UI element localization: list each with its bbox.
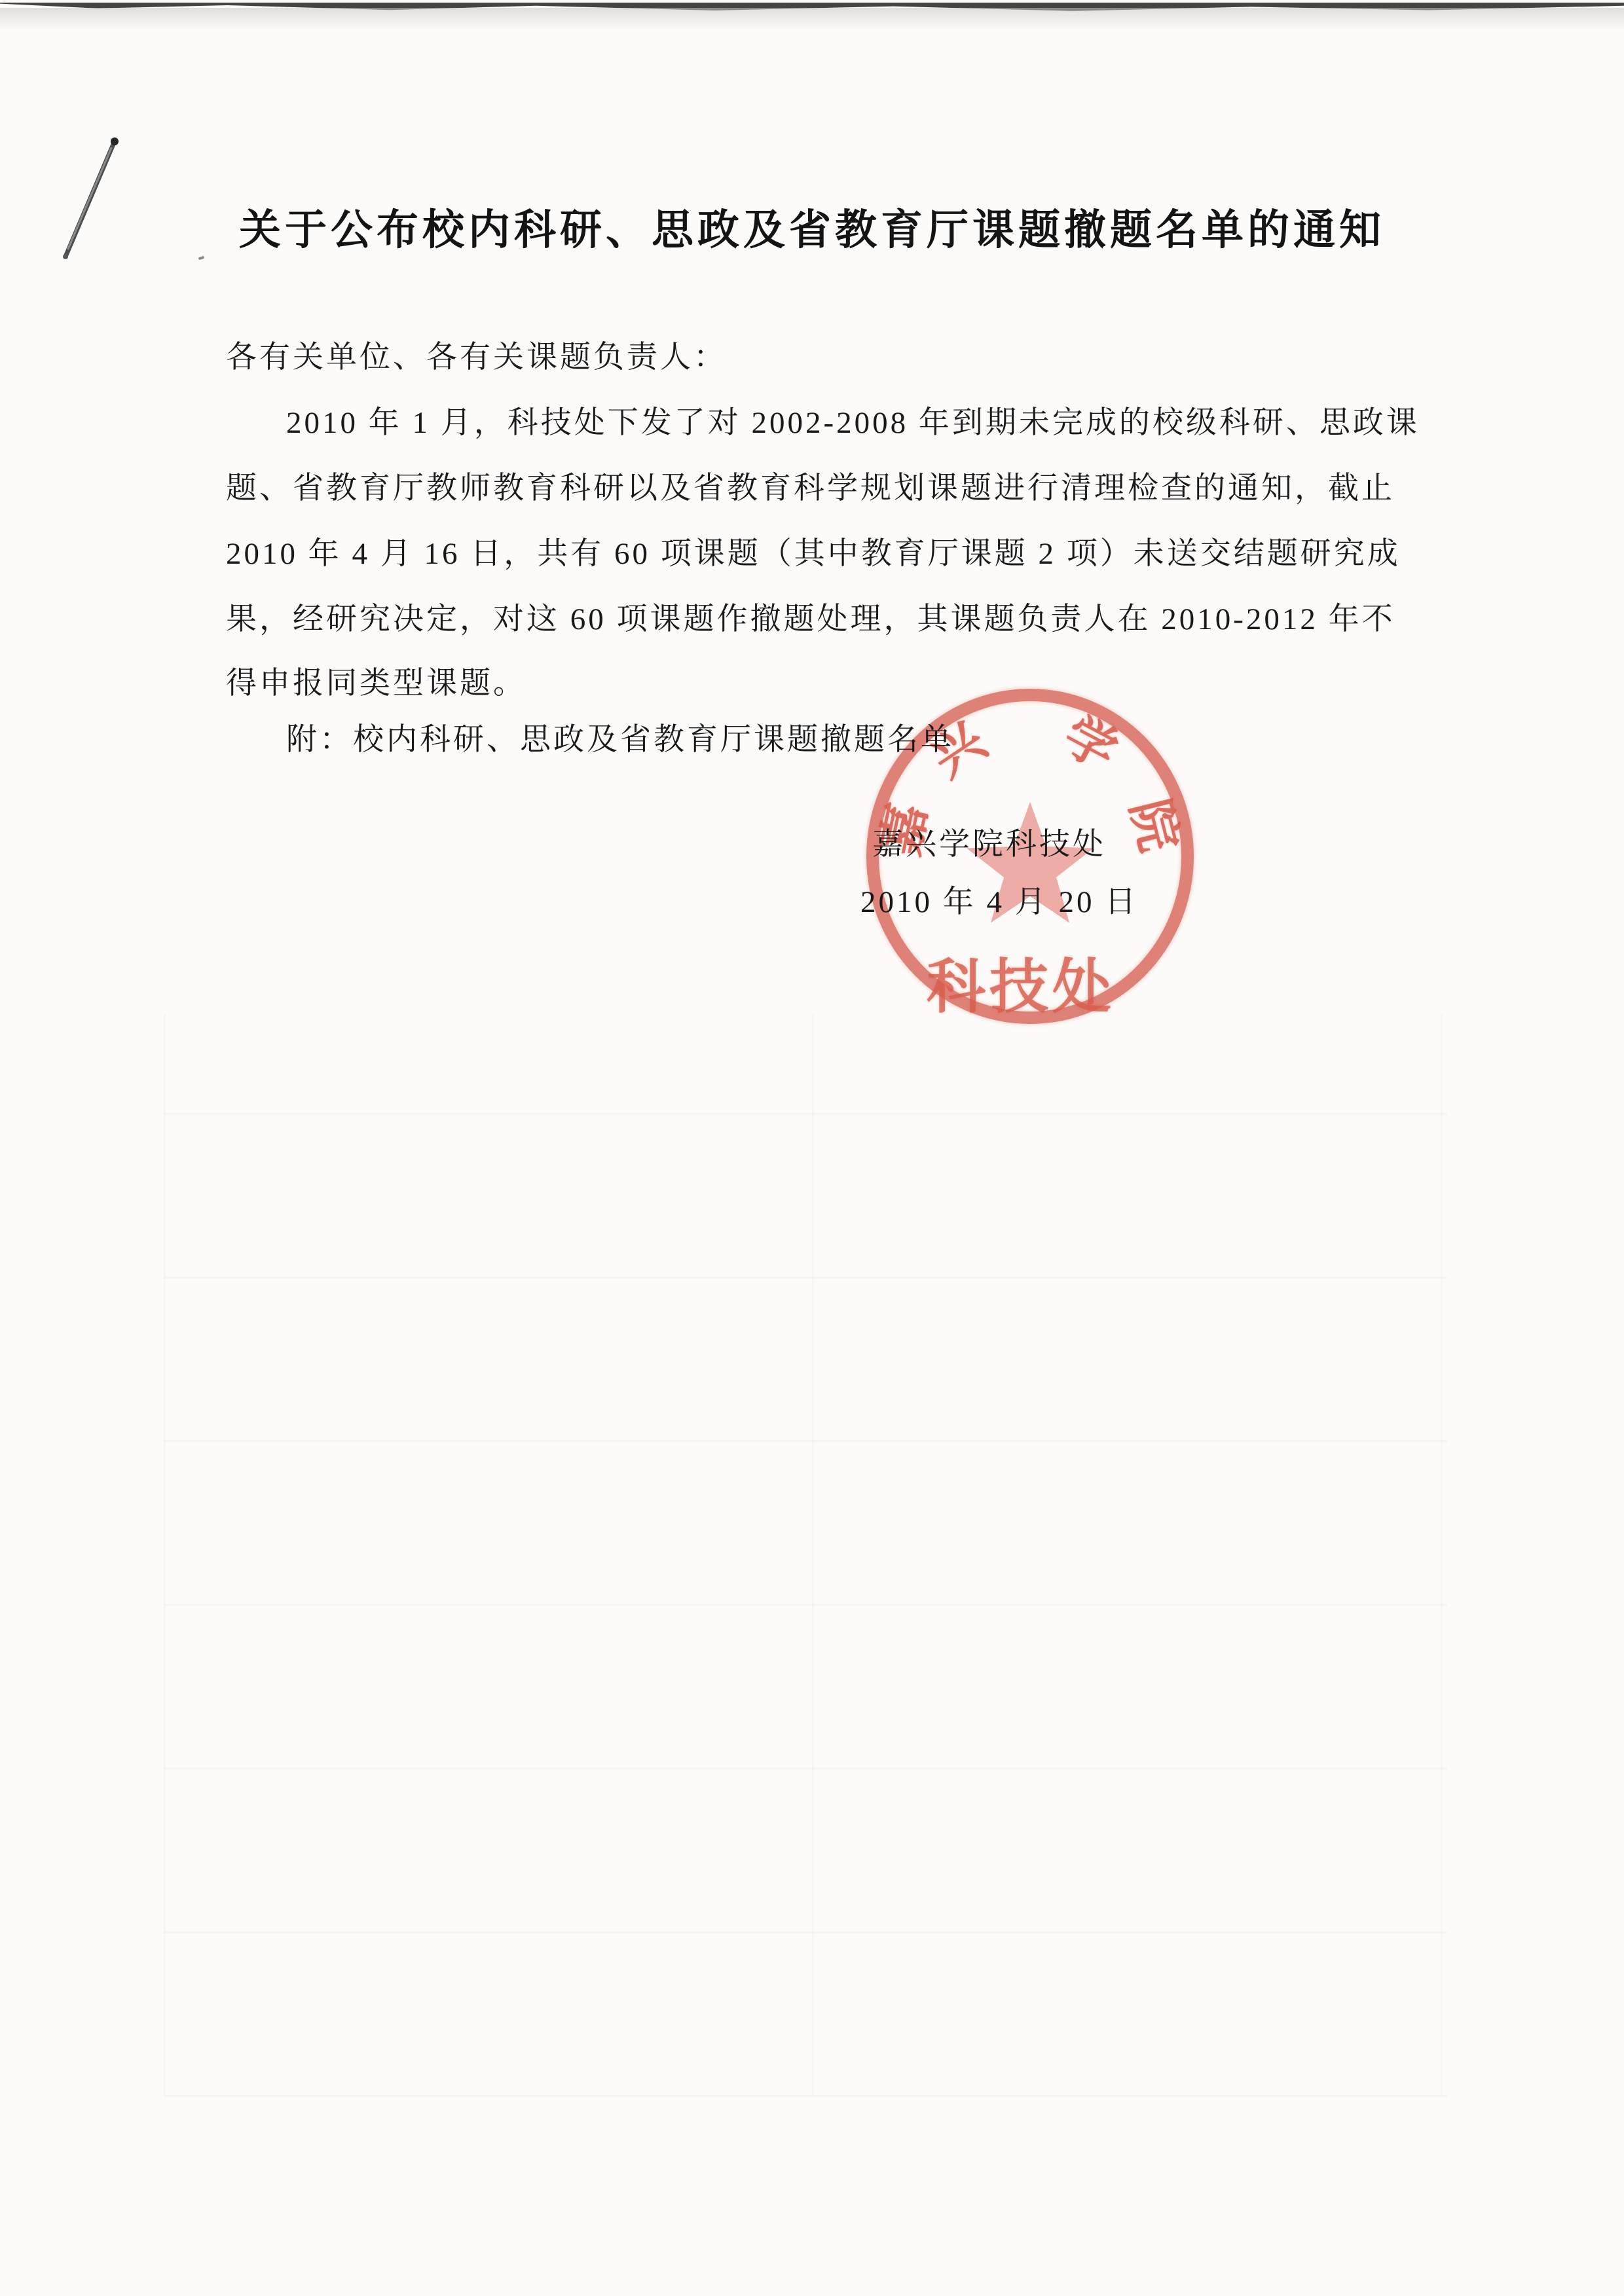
scan-bleed-artifact <box>164 1440 1447 1442</box>
scan-bleed-artifact <box>164 2095 1447 2097</box>
signature-date: 2010 年 4 月 20 日 <box>860 877 1138 921</box>
body-line-4: 果，经研究决定，对这 60 项课题作撤题处理，其课题负责人在 2010-2012… <box>226 594 1395 638</box>
signature-organization: 嘉兴学院科技处 <box>872 820 1106 864</box>
scan-bleed-artifact <box>812 1015 814 2095</box>
body-line-3: 2010 年 4 月 16 日，共有 60 项课题（其中教育厅课题 2 项）未送… <box>226 529 1401 573</box>
scan-bleed-artifact <box>164 1113 1447 1115</box>
seal-bottom-text: 科技处 <box>857 939 1185 1024</box>
body-line-1: 2010 年 1 月，科技处下发了对 2002-2008 年到期未完成的校级科研… <box>226 398 1420 442</box>
pen-scratch-mark <box>0 0 196 314</box>
scan-edge-shadow <box>0 8 1624 30</box>
scanned-notice-page: 关于公布校内科研、思政及省教育厅课题撤题名单的通知 各有关单位、各有关课题负责人… <box>0 0 1624 2296</box>
scan-bleed-artifact <box>164 1931 1447 1933</box>
attachment-line: 附：校内科研、思政及省教育厅课题撤题名单 <box>226 715 954 759</box>
scan-bleed-artifact <box>164 1015 166 2095</box>
salutation-line: 各有关单位、各有关课题负责人： <box>226 333 727 376</box>
scan-bleed-artifact <box>164 1604 1447 1606</box>
notice-title: 关于公布校内科研、思政及省教育厅课题撤题名单的通知 <box>0 196 1624 257</box>
body-line-5: 得申报同类型课题。 <box>226 659 526 702</box>
scan-bleed-artifact <box>1441 1015 1443 2095</box>
scan-bleed-artifact <box>164 1768 1447 1770</box>
scan-bleed-artifact <box>164 1277 1447 1279</box>
body-line-2: 题、省教育厅教师教育科研以及省教育科学规划课题进行清理检查的通知，截止 <box>226 464 1395 507</box>
